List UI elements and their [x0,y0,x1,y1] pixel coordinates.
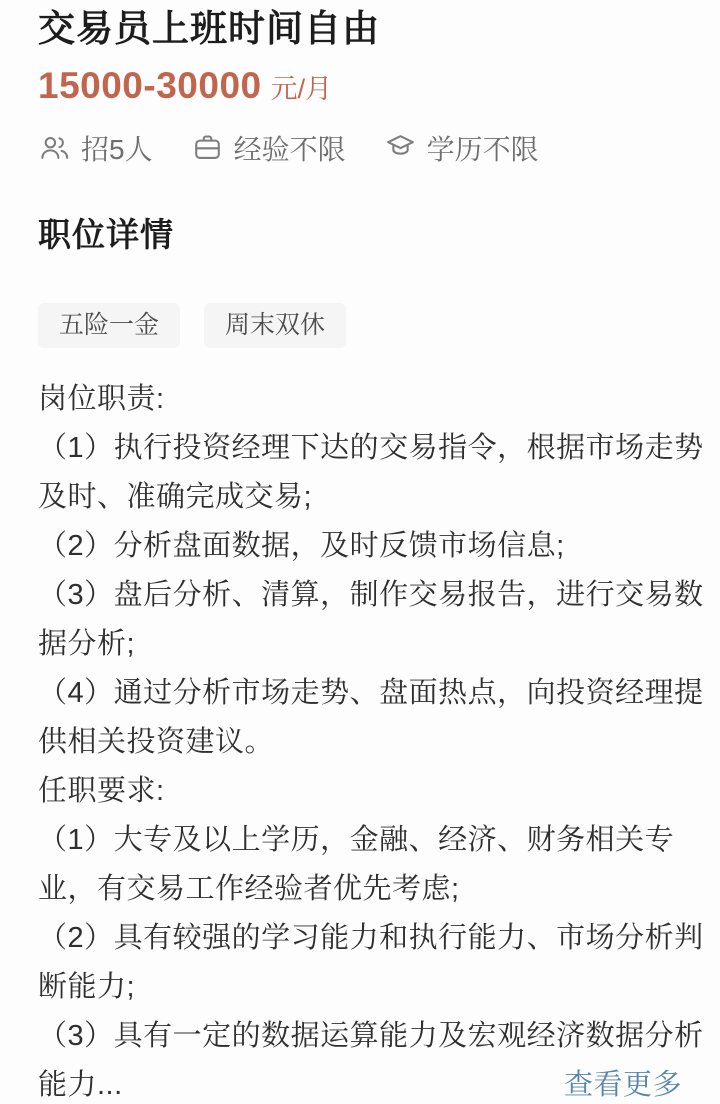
graduation-cap-icon [384,131,417,164]
description-line: 供相关投资建议。 [38,718,682,767]
headcount-label: 招5人 [81,128,153,168]
salary-amount: 15000-30000 [38,65,262,107]
education-label: 学历不限 [427,128,539,168]
experience-label: 经验不限 [234,128,346,168]
description-footer: 能力... 查看更多 [38,1061,682,1104]
salary-unit: 元/月 [271,67,333,106]
people-icon [38,131,71,164]
briefcase-icon [191,131,224,164]
benefit-tag-insurance: 五险一金 [38,303,180,348]
description-line: （3）具有一定的数据运算能力及宏观经济数据分析 [38,1012,682,1061]
description-line: 业，有交易工作经验者优先考虑; [38,865,682,914]
description-line: （1）大专及以上学历，金融、经济、财务相关专 [38,816,682,865]
benefit-tag-weekend: 周末双休 [204,303,346,348]
description-line: 断能力; [38,963,682,1012]
description-line: （4）通过分析市场走势、盘面热点，向投资经理提 [38,669,682,718]
job-meta-row: 招5人 经验不限 学历不限 [38,128,682,168]
description-line: 岗位职责: [38,375,682,424]
meta-education: 学历不限 [384,128,539,168]
description-last-line: 能力... [38,1061,123,1104]
description-line: 及时、准确完成交易; [38,473,682,522]
description-line: （1）执行投资经理下达的交易指令，根据市场走势 [38,424,682,473]
job-title: 交易员上班时间自由 [38,0,682,51]
description-line: （3）盘后分析、清算，制作交易报告，进行交易数 [38,571,682,620]
section-title-job-details: 职位详情 [38,209,682,256]
job-description: 岗位职责: （1）执行投资经理下达的交易指令，根据市场走势 及时、准确完成交易;… [38,375,682,1061]
meta-headcount: 招5人 [38,128,153,168]
description-line: 据分析; [38,620,682,669]
job-detail-page: 交易员上班时间自由 15000-30000 元/月 招5人 [0,0,720,1104]
view-more-link[interactable]: 查看更多 [564,1061,682,1104]
meta-experience: 经验不限 [191,128,346,168]
description-line: 任职要求: [38,767,682,816]
description-line: （2）分析盘面数据，及时反馈市场信息; [38,522,682,571]
salary: 15000-30000 元/月 [38,65,682,107]
benefit-tags: 五险一金 周末双休 [38,303,682,348]
description-line: （2）具有较强的学习能力和执行能力、市场分析判 [38,914,682,963]
